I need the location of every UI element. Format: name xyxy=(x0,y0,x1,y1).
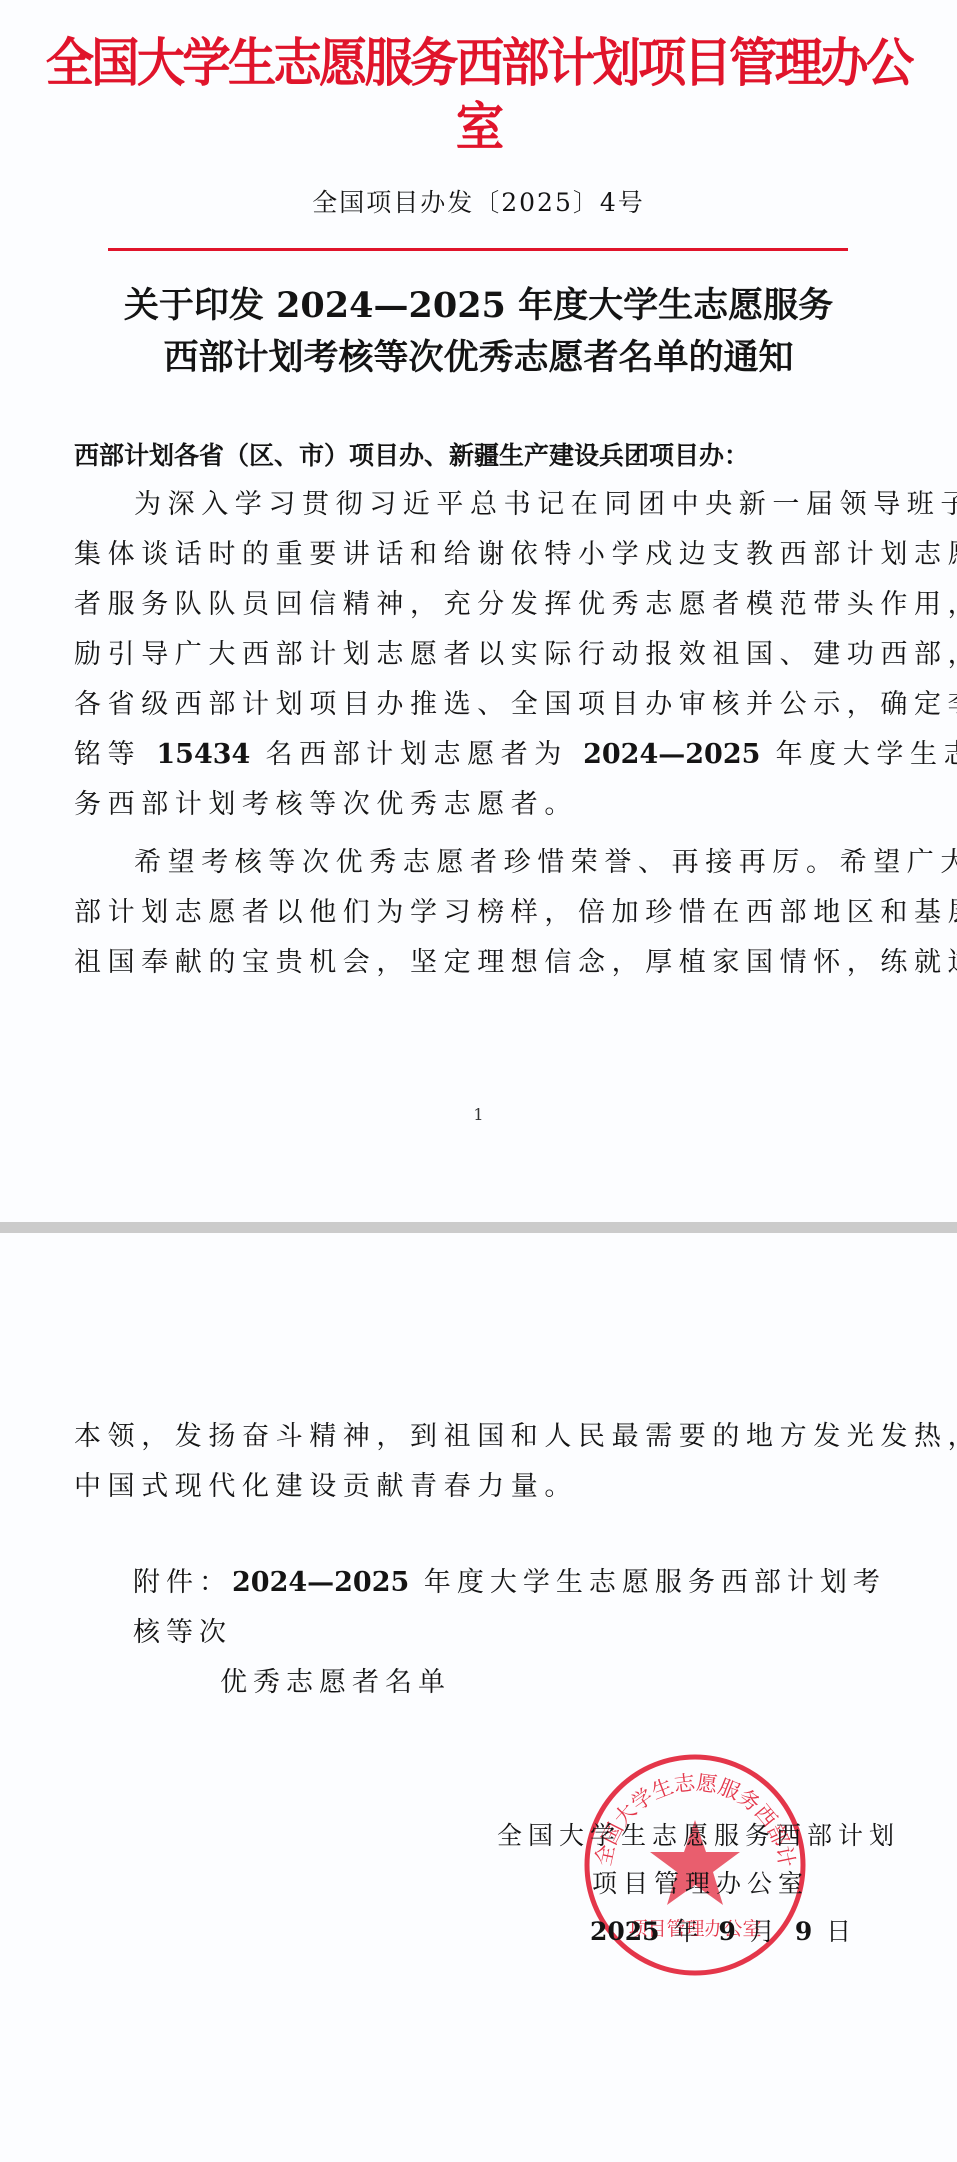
text-line: 励引导广大西部计划志愿者以实际行动报效祖国、建功西部，经 xyxy=(74,630,884,680)
title-line-2: 西部计划考核等次优秀志愿者名单的通知 xyxy=(0,332,957,384)
date-unit: 年 xyxy=(660,1917,719,1946)
paragraph-2-continued: 本领，发扬奋斗精神，到祖国和人民最需要的地方发光发热，为 中国式现代化建设贡献青… xyxy=(74,1412,884,1512)
text-line: 集体谈话时的重要讲话和给谢依特小学戍边支教西部计划志愿 xyxy=(74,530,884,580)
text-line: 铭等 15434 名西部计划志愿者为 2024—2025 年度大学生志愿服 xyxy=(74,730,884,780)
salutation: 西部计划各省（区、市）项目办、新疆生产建设兵团项目办： xyxy=(74,438,894,474)
date-day: 9 xyxy=(795,1917,812,1946)
issuer-line-2: 项目管理办公室 xyxy=(592,1860,809,1908)
text-line: 中国式现代化建设贡献青春力量。 xyxy=(74,1462,884,1512)
paragraph-1: 为深入学习贯彻习近平总书记在同团中央新一届领导班子 集体谈话时的重要讲话和给谢依… xyxy=(74,480,884,830)
red-divider-line xyxy=(108,248,848,251)
year-range: 2024—2025 xyxy=(583,739,760,770)
text-line: 为深入学习贯彻习近平总书记在同团中央新一届领导班子 xyxy=(74,480,884,530)
date-unit: 月 xyxy=(736,1917,795,1946)
date-month: 9 xyxy=(719,1917,736,1946)
notice-title: 关于印发 2024—2025 年度大学生志愿服务 西部计划考核等次优秀志愿者名单… xyxy=(0,280,957,384)
date-year: 2025 xyxy=(590,1917,660,1946)
attachment-note: 附件：2024—2025 年度大学生志愿服务西部计划考核等次 优秀志愿者名单 xyxy=(133,1558,893,1708)
document-page-1: 全国大学生志愿服务西部计划项目管理办公室 全国项目办发〔2025〕4号 关于印发… xyxy=(0,0,957,1224)
date-unit: 日 xyxy=(812,1917,857,1946)
page-separator xyxy=(0,1222,957,1233)
text-line: 务西部计划考核等次优秀志愿者。 xyxy=(74,780,884,830)
text-line: 希望考核等次优秀志愿者珍惜荣誉、再接再厉。希望广大西 xyxy=(74,838,884,888)
text-line: 祖国奉献的宝贵机会，坚定理想信念，厚植家国情怀，练就过硬 xyxy=(74,938,884,988)
document-number: 全国项目办发〔2025〕4号 xyxy=(0,186,957,220)
masthead-title: 全国大学生志愿服务西部计划项目管理办公室 xyxy=(33,32,923,160)
text-line: 各省级西部计划项目办推选、全国项目办审核并公示，确定李嘉 xyxy=(74,680,884,730)
paragraph-2: 希望考核等次优秀志愿者珍惜荣誉、再接再厉。希望广大西 部计划志愿者以他们为学习榜… xyxy=(74,838,884,988)
issue-date: 2025 年 9 月 9 日 xyxy=(590,1908,857,1956)
text-line: 者服务队队员回信精神，充分发挥优秀志愿者模范带头作用，激 xyxy=(74,580,884,630)
text-fragment: 铭等 xyxy=(74,739,156,770)
text-line: 本领，发扬奋斗精神，到祖国和人民最需要的地方发光发热，为 xyxy=(74,1412,884,1462)
text-line: 部计划志愿者以他们为学习榜样，倍加珍惜在西部地区和基层为 xyxy=(74,888,884,938)
title-line-1: 关于印发 2024—2025 年度大学生志愿服务 xyxy=(0,280,957,332)
volunteer-count: 15434 xyxy=(156,739,250,770)
text-fragment: 名西部计划志愿者为 xyxy=(250,739,583,770)
attachment-year-range: 2024—2025 xyxy=(232,1567,409,1598)
attachment-title-line-2: 优秀志愿者名单 xyxy=(133,1658,893,1708)
issuer-line-1: 全国大学生志愿服务西部计划 xyxy=(497,1812,900,1860)
page-number: 1 xyxy=(0,1105,957,1124)
text-fragment: 年度大学生志愿服 xyxy=(760,739,957,770)
attachment-label: 附件： xyxy=(133,1567,232,1598)
